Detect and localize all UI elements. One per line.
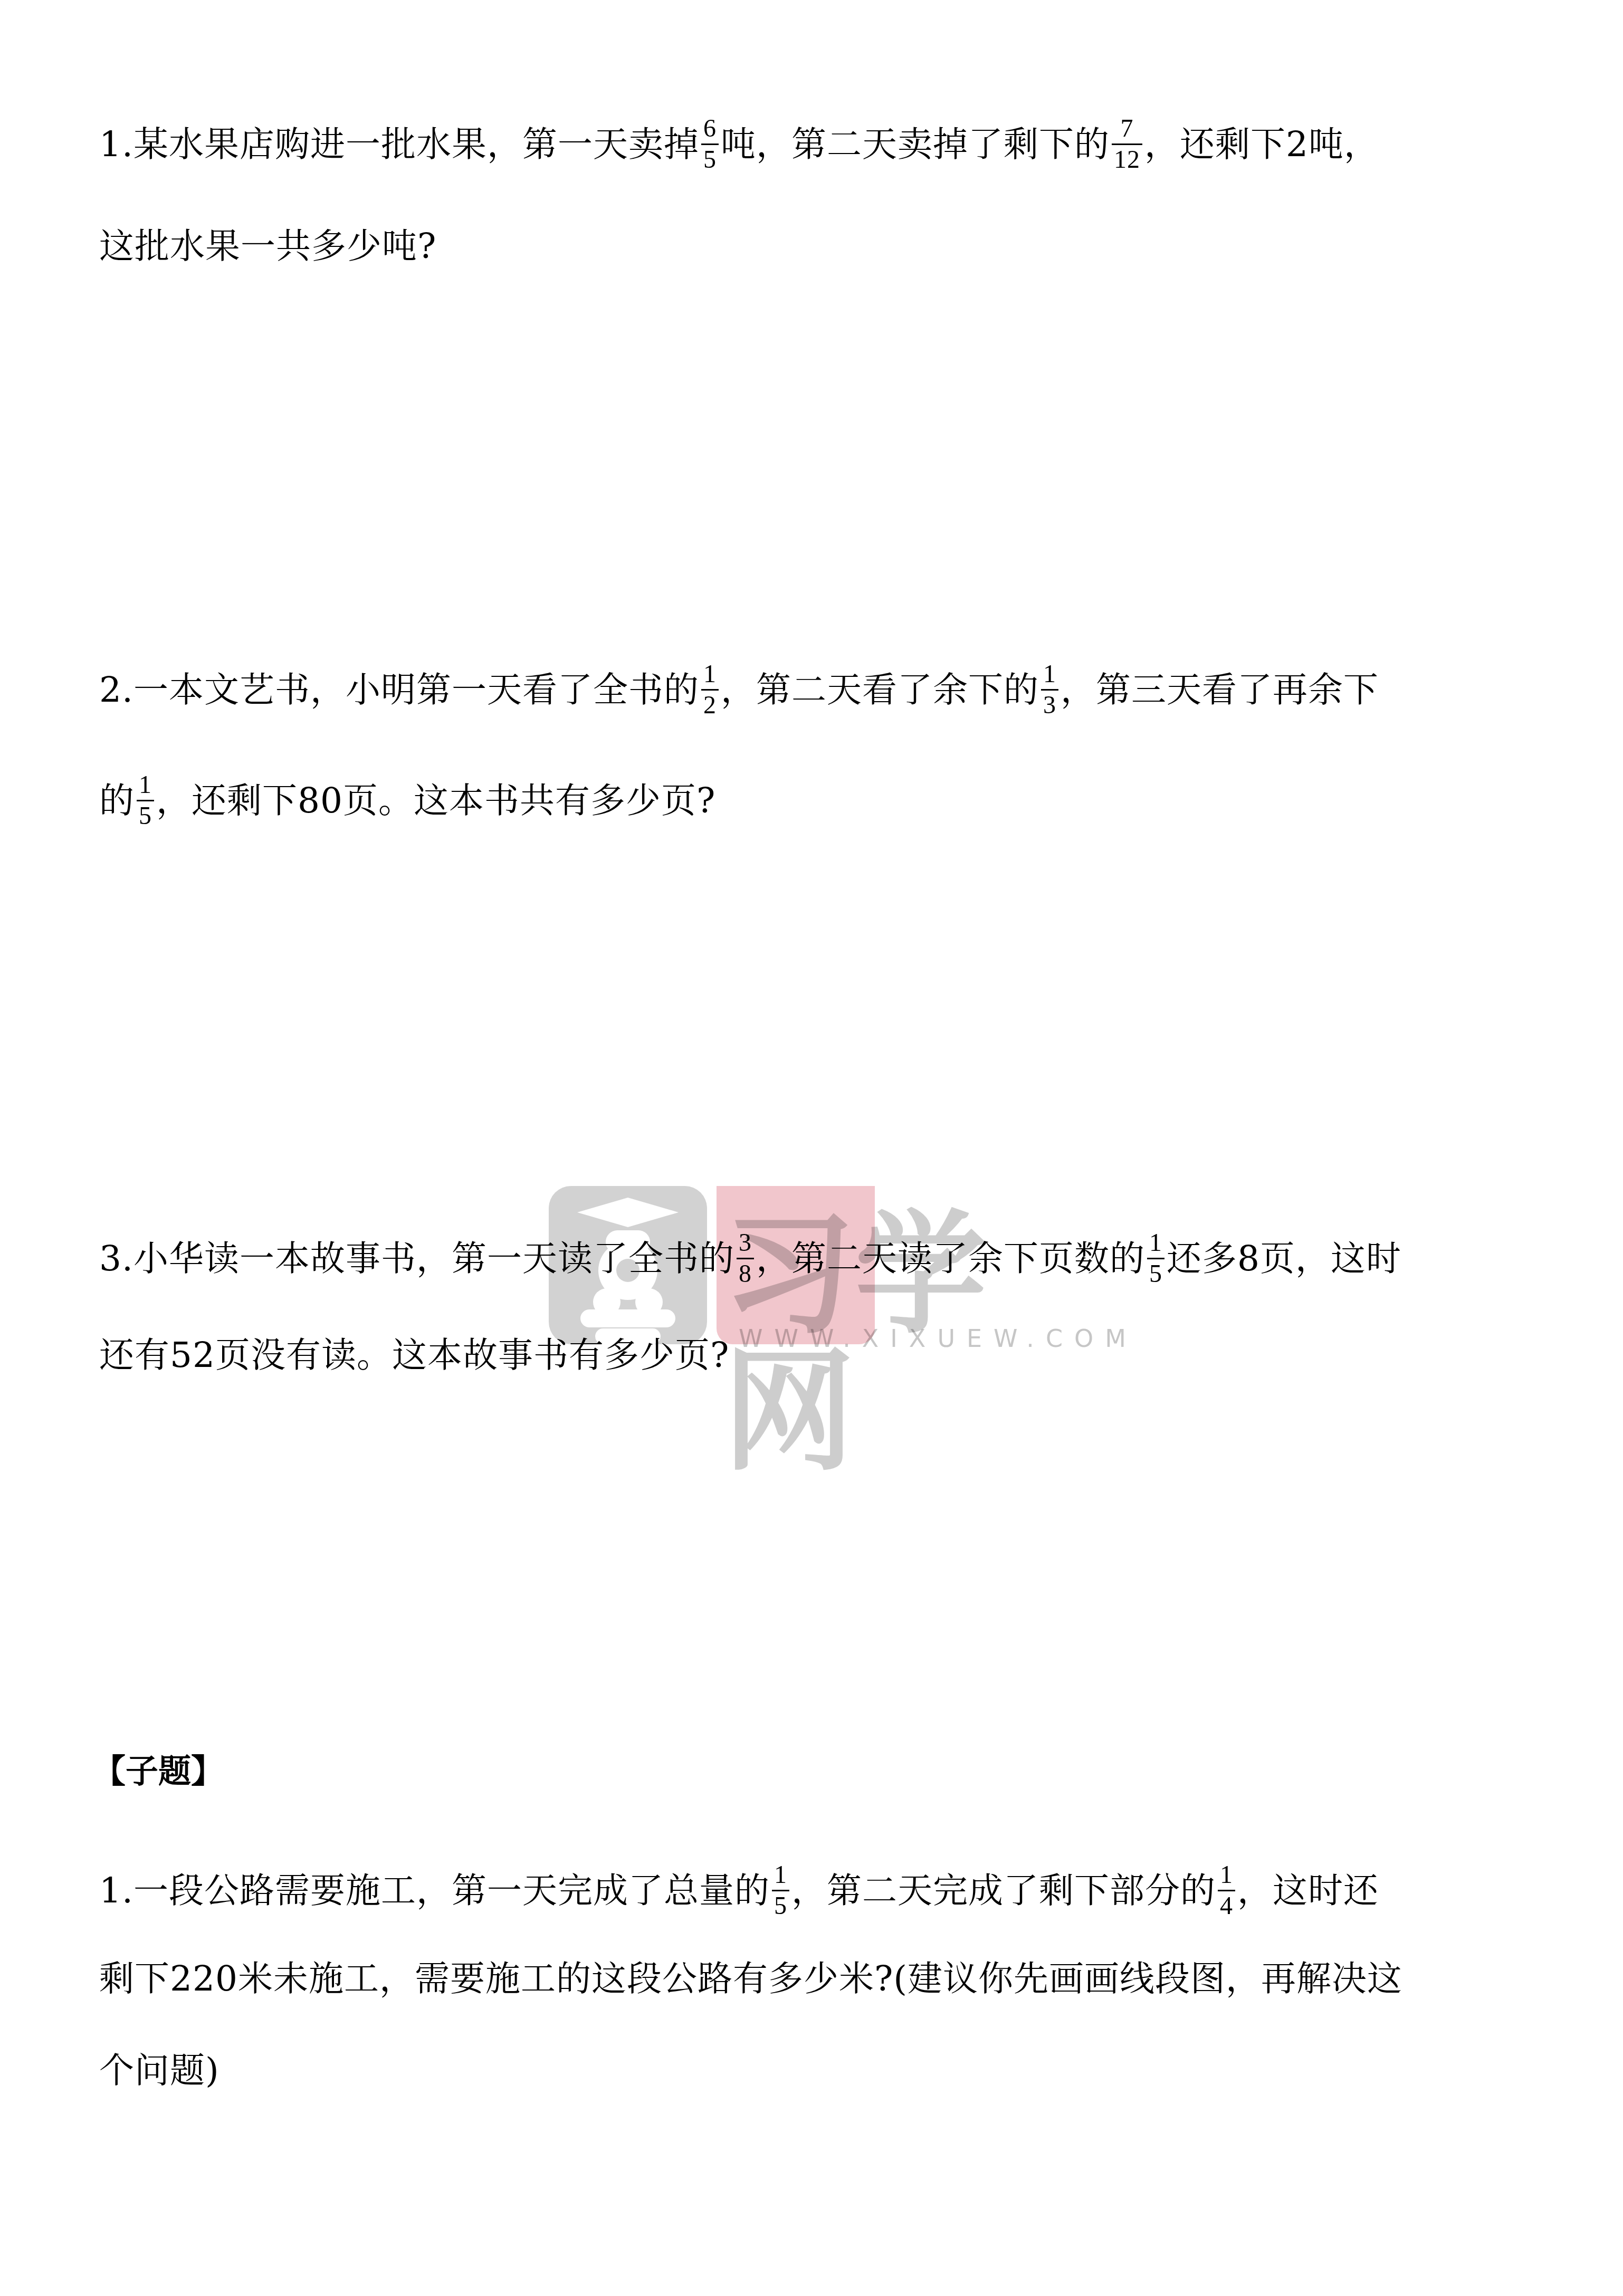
- fraction: 38: [737, 1229, 754, 1288]
- fraction: 14: [1218, 1861, 1235, 1920]
- problem-text: 吨，第二天卖掉了剩下的: [721, 124, 1110, 165]
- fraction-bar: [1112, 143, 1142, 145]
- fraction: 15: [772, 1861, 789, 1920]
- problem-text: 还有52页没有读。这本故事书有多少页?: [99, 1335, 729, 1375]
- fraction-denominator: 4: [1218, 1892, 1235, 1920]
- fraction-bar: [701, 143, 719, 145]
- problem-text: ，第二天看了余下的: [721, 669, 1039, 710]
- fraction-denominator: 8: [737, 1260, 754, 1288]
- fraction-numerator: 3: [737, 1229, 754, 1257]
- fraction-bar: [1147, 1258, 1164, 1259]
- problem-text: ，这时还: [1237, 1870, 1379, 1911]
- content: 1.某水果店购进一批水果，第一天卖掉65吨，第二天卖掉了剩下的712，还剩下2吨…: [0, 0, 1623, 2296]
- problem-text: ，第二天读了余下页数的: [756, 1238, 1145, 1279]
- fraction-denominator: 5: [1147, 1260, 1164, 1288]
- problem-text: 这批水果一共多少吨?: [99, 226, 436, 266]
- problem-text: 还多8页，这时: [1167, 1238, 1401, 1279]
- problem-text: 1.某水果店购进一批水果，第一天卖掉: [99, 124, 699, 165]
- fraction-numerator: 7: [1118, 115, 1135, 142]
- fraction: 15: [137, 771, 154, 830]
- fraction-bar: [1218, 1890, 1235, 1891]
- problem-text: 1.一段公路需要施工，第一天完成了总量的: [99, 1870, 770, 1911]
- fraction-denominator: 2: [701, 692, 719, 719]
- problem-1-line-2: 这批水果一共多少吨?: [99, 223, 436, 267]
- problem-text: ，还剩下80页。这本书共有多少页?: [156, 780, 715, 821]
- problem-text: ，第三天看了再余下: [1061, 669, 1379, 710]
- problem-text: 3.小华读一本故事书，第一天读了全书的: [99, 1238, 734, 1279]
- worksheet-page: 习学网 WWW.XIXUEW.COM 1.某水果店购进一批水果，第一天卖掉65吨…: [0, 0, 1623, 2296]
- fraction: 12: [701, 661, 719, 719]
- fraction-denominator: 5: [701, 146, 719, 174]
- fraction-denominator: 5: [137, 802, 154, 830]
- fraction-numerator: 1: [772, 1861, 789, 1889]
- section-heading-subproblems: 【子题】: [93, 1750, 224, 1793]
- problem-1-line-1: 1.某水果店购进一批水果，第一天卖掉65吨，第二天卖掉了剩下的712，还剩下2吨…: [99, 115, 1379, 174]
- fraction-numerator: 6: [701, 115, 719, 142]
- fraction-bar: [137, 800, 154, 801]
- fraction-bar: [772, 1890, 789, 1891]
- fraction: 712: [1112, 115, 1142, 174]
- fraction: 15: [1147, 1229, 1164, 1288]
- subproblem-1-line-1: 1.一段公路需要施工，第一天完成了总量的15，第二天完成了剩下部分的14，这时还: [99, 1861, 1379, 1920]
- subproblem-1-line-2: 剩下220米未施工，需要施工的这段公路有多少米?(建议你先画画线段图，再解决这: [99, 1955, 1402, 2000]
- problem-3-line-2: 还有52页没有读。这本故事书有多少页?: [99, 1332, 729, 1376]
- fraction-denominator: 5: [772, 1892, 789, 1920]
- problem-text: 的: [99, 780, 135, 821]
- subproblem-1-line-3: 个问题): [99, 2047, 219, 2092]
- problem-2-line-1: 2.一本文艺书，小明第一天看了全书的12，第二天看了余下的13，第三天看了再余下: [99, 661, 1379, 719]
- fraction: 65: [701, 115, 719, 174]
- fraction-bar: [737, 1258, 754, 1259]
- fraction-denominator: 12: [1112, 146, 1142, 174]
- fraction-numerator: 1: [1147, 1229, 1164, 1257]
- problem-text: ，第二天完成了剩下部分的: [791, 1870, 1216, 1911]
- fraction-numerator: 1: [1218, 1861, 1235, 1889]
- fraction: 13: [1041, 661, 1058, 719]
- problem-text: 剩下220米未施工，需要施工的这段公路有多少米?(建议你先画画线段图，再解决这: [99, 1958, 1402, 1999]
- fraction-numerator: 1: [137, 771, 154, 799]
- problem-text: 个问题): [99, 2050, 219, 2091]
- fraction-bar: [701, 689, 719, 691]
- fraction-numerator: 1: [1041, 661, 1058, 688]
- problem-text: ，还剩下2吨，: [1144, 124, 1379, 165]
- fraction-numerator: 1: [701, 661, 719, 688]
- problem-2-line-2: 的15，还剩下80页。这本书共有多少页?: [99, 771, 715, 830]
- fraction-bar: [1041, 689, 1058, 691]
- problem-3-line-1: 3.小华读一本故事书，第一天读了全书的38，第二天读了余下页数的15还多8页，这…: [99, 1229, 1401, 1288]
- fraction-denominator: 3: [1041, 692, 1058, 719]
- problem-text: 2.一本文艺书，小明第一天看了全书的: [99, 669, 699, 710]
